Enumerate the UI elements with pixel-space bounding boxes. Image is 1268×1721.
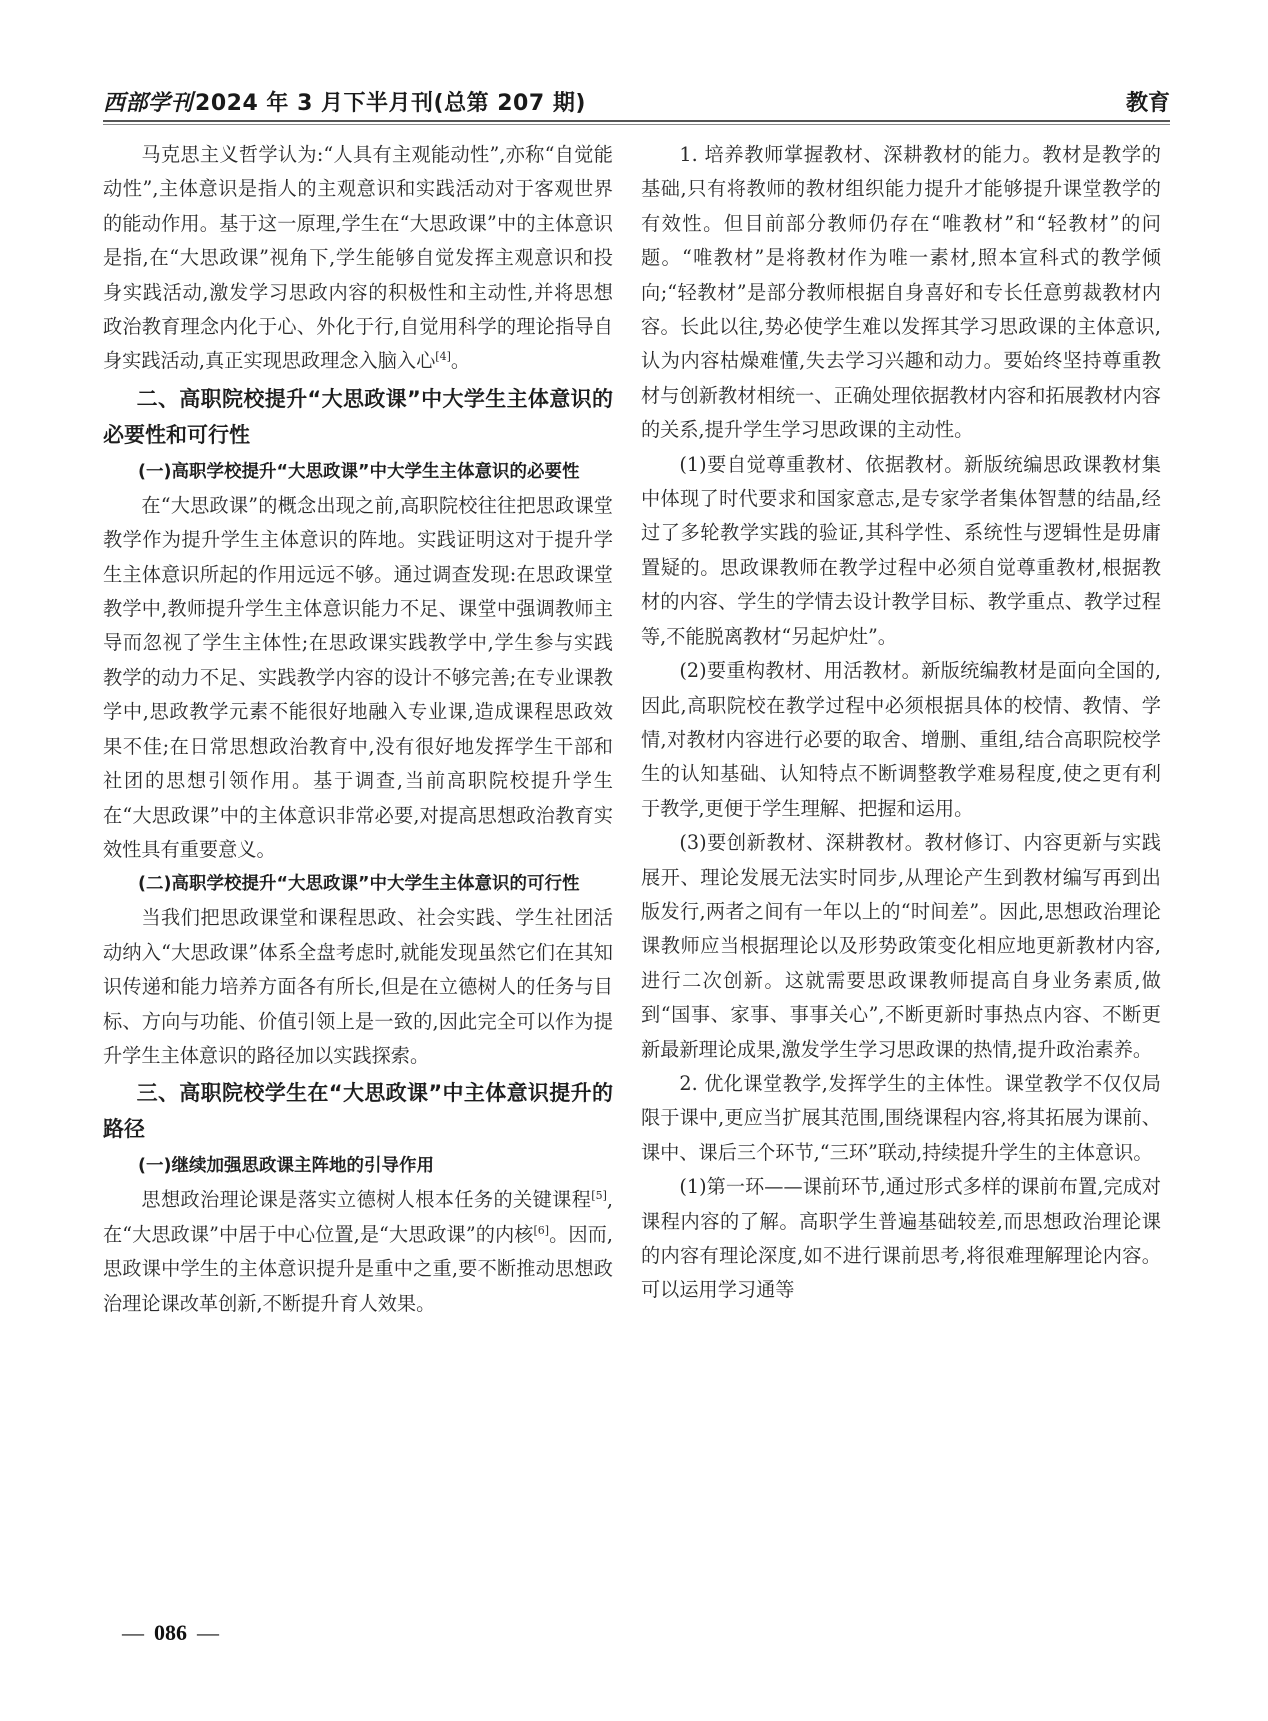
page-footer: —086— (112, 1620, 229, 1646)
paragraph: (2)要重构教材、用活教材。新版统编教材是面向全国的,因此,高职院校在教学过程中… (641, 654, 1161, 826)
paragraph: 当我们把思政课堂和课程思政、社会实践、学生社团活动纳入“大思政课”体系全盘考虑时… (103, 901, 613, 1073)
subsection-heading: (二)高职学校提升“大思政课”中大学生主体意识的可行性 (103, 867, 613, 901)
issue-info: 2024 年 3 月下半月刊(总第 207 期) (195, 91, 586, 116)
subsection-heading: (一)继续加强思政课主阵地的引导作用 (103, 1149, 613, 1183)
footer-dash: — (122, 1620, 144, 1645)
paragraph: 马克思主义哲学认为:“人具有主观能动性”,亦称“自觉能动性”,主体意识是指人的主… (103, 138, 613, 379)
left-column: 马克思主义哲学认为:“人具有主观能动性”,亦称“自觉能动性”,主体意识是指人的主… (103, 138, 613, 1321)
footer-dash: — (197, 1620, 219, 1645)
paragraph: 在“大思政课”的概念出现之前,高职院校往往把思政课堂教学作为提升学生主体意识的阵… (103, 489, 613, 867)
section-label: 教育 (1126, 86, 1170, 117)
paragraph: (3)要创新教材、深耕教材。教材修订、内容更新与实践展开、理论发展无法实时同步,… (641, 826, 1161, 1067)
section-heading: 三、高职院校学生在“大思政课”中主体意识提升的路径 (103, 1075, 613, 1147)
section-heading: 二、高职院校提升“大思政课”中大学生主体意识的必要性和可行性 (103, 381, 613, 453)
paragraph: 2. 优化课堂教学,发挥学生的主体性。课堂教学不仅仅局限于课中,更应当扩展其范围… (641, 1067, 1161, 1170)
paragraph: (1)第一环——课前环节,通过形式多样的课前布置,完成对课程内容的了解。高职学生… (641, 1170, 1161, 1308)
right-column: 1. 培养教师掌握教材、深耕教材的能力。教材是教学的基础,只有将教师的教材组织能… (641, 138, 1161, 1308)
running-header: 西部学刊2024 年 3 月下半月刊(总第 207 期) 教育 (103, 86, 1170, 124)
header-divider (103, 120, 1170, 125)
page-number: 086 (154, 1620, 187, 1645)
subsection-heading: (一)高职学校提升“大思政课”中大学生主体意识的必要性 (103, 455, 613, 489)
paragraph: 思想政治理论课是落实立德树人根本任务的关键课程[5],在“大思政课”中居于中心位… (103, 1183, 613, 1321)
paragraph: (1)要自觉尊重教材、依据教材。新版统编思政课教材集中体现了时代要求和国家意志,… (641, 448, 1161, 654)
citation-ref: [5] (591, 1189, 607, 1202)
paragraph: 1. 培养教师掌握教材、深耕教材的能力。教材是教学的基础,只有将教师的教材组织能… (641, 138, 1161, 448)
citation-ref: [4] (435, 350, 451, 363)
journal-header-left: 西部学刊2024 年 3 月下半月刊(总第 207 期) (103, 86, 586, 117)
citation-ref: [6] (534, 1224, 550, 1237)
journal-logo: 西部学刊 (103, 90, 193, 116)
